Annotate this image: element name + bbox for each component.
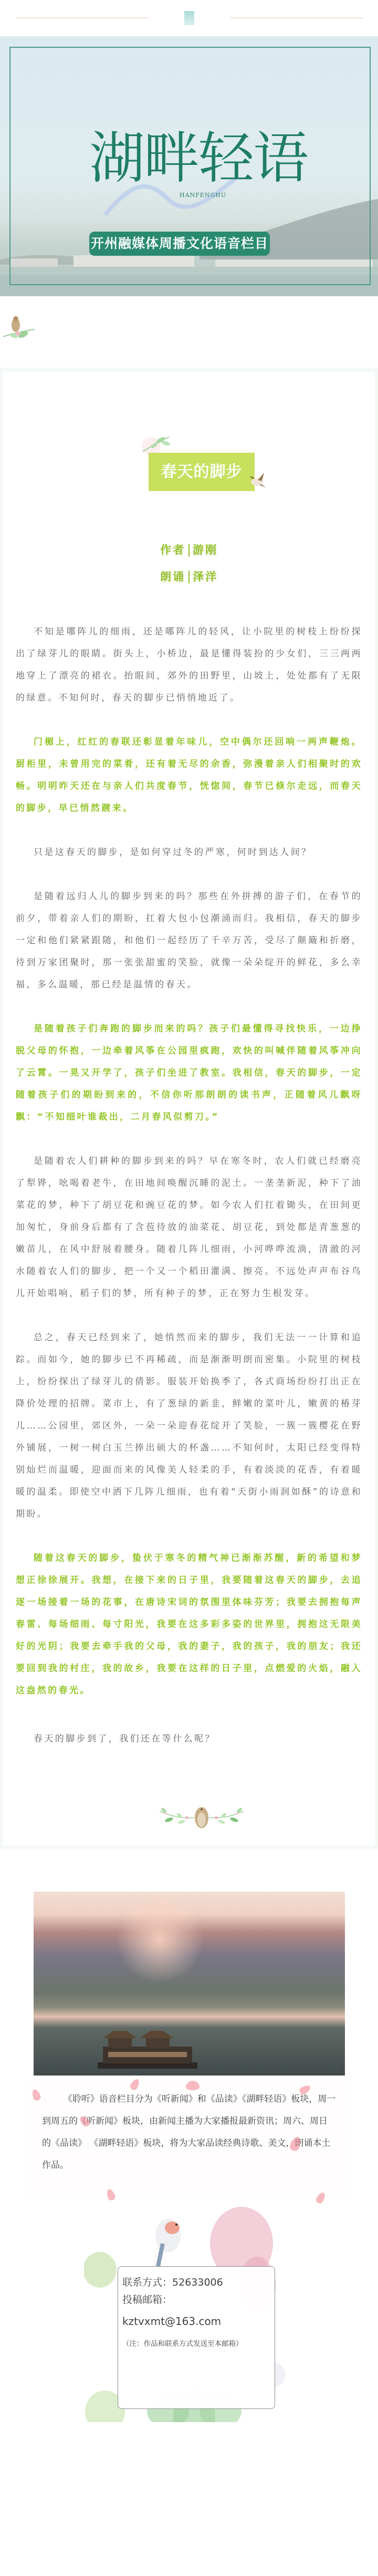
email-value[interactable]: kztvxmt@163.com bbox=[122, 2309, 270, 2334]
article-title-block: 春天的脚步 bbox=[16, 431, 362, 494]
article-title: 春天的脚步 bbox=[149, 453, 255, 491]
paragraph-5: 是随着孩子们奔跑的脚步而来的吗？孩子们最懂得寻找快乐，一边挣脱父母的怀抱，一边牵… bbox=[16, 1018, 362, 1128]
paragraph-7: 总之，春天已经到来了，她悄然而来的脚步，我们无法一一计算和追踪。而如今，她的脚步… bbox=[16, 1327, 362, 1525]
paragraph-1: 不知是哪阵儿的细雨，还是哪阵儿的轻风，让小院里的树枝上纷纷探出了绿芽儿的眼睛。街… bbox=[16, 621, 362, 709]
banner-title: 湖畔轻语 bbox=[89, 131, 308, 186]
credit-author-value: 游刚 bbox=[193, 544, 218, 556]
petal-icon bbox=[31, 2088, 42, 2101]
paragraph-8: 随着这春天的脚步，蛰伏于寒冬的精气神已渐渐苏醒，新的希望和梦想正徐徐展开。我想，… bbox=[16, 1547, 362, 1702]
credit-author-label: 作者 bbox=[160, 544, 185, 556]
paragraph-3: 只是这春天的脚步，是如何穿过冬的严寒，何时到达人间？ bbox=[16, 841, 362, 863]
column-intro-text: 《聆听》语音栏目分为《听新闻》和《品读》《湖畔轻语》板块，周一到周五的《听新闻》… bbox=[42, 2088, 336, 2176]
credit-separator bbox=[188, 544, 190, 557]
credit-reader-value: 泽洋 bbox=[193, 570, 218, 583]
paragraph-2: 门楣上，红红的春联还彰显着年味儿，空中偶尔还回响一两声鞭炮。厨柜里，未曾用完的菜… bbox=[16, 731, 362, 819]
petal-icon bbox=[186, 2081, 199, 2090]
credit-reader: 朗诵泽洋 bbox=[16, 564, 362, 590]
bird-on-branch-icon bbox=[2, 312, 36, 342]
credit-author: 作者游刚 bbox=[16, 537, 362, 564]
flying-bird-icon bbox=[248, 472, 267, 489]
page-bottom-spacer bbox=[0, 2422, 378, 2501]
article-card: 春天的脚步 作者游刚 朗诵泽洋 不知是哪阵儿的细雨，还是哪阵儿的轻风，让小院里的… bbox=[0, 368, 378, 1849]
contact-card: 联系方式：52633006 投稿邮箱： kztvxmt@163.com （注：作… bbox=[84, 2207, 294, 2422]
contact-phone-label: 联系方式： bbox=[122, 2277, 172, 2288]
banner-latin-subtitle: HANFENGHU bbox=[180, 192, 226, 199]
bird-branch-ornament-icon bbox=[156, 1805, 247, 1831]
divider-line-left bbox=[16, 17, 148, 18]
email-label: 投稿邮箱： bbox=[122, 2291, 270, 2309]
contact-phone-value[interactable]: 52633006 bbox=[172, 2277, 223, 2288]
paragraph-4: 是随着远归人儿的脚步到来的吗？那些在外拼搏的游子们，在春节的前夕，带着亲人们的期… bbox=[16, 885, 362, 996]
column-intro: 《聆听》语音栏目分为《听新闻》和《品读》《湖畔轻语》板块，周一到周五的《听新闻》… bbox=[28, 2079, 350, 2197]
credit-reader-label: 朗诵 bbox=[160, 570, 185, 583]
petal-icon bbox=[314, 2191, 327, 2205]
paragraph-6: 是随着农人们耕种的脚步到来的吗？早在寒冬时，农人们就已经磨亮了犁铧，吆喝着老牛，… bbox=[16, 1150, 362, 1305]
credit-separator bbox=[188, 571, 190, 583]
pavilion-boat-icon bbox=[98, 2031, 203, 2070]
petal-icon bbox=[106, 2188, 117, 2201]
contact-board: 联系方式：52633006 投稿邮箱： kztvxmt@163.com （注：作… bbox=[118, 2266, 275, 2409]
divider-line-right bbox=[230, 17, 363, 18]
contact-phone: 联系方式：52633006 bbox=[122, 2274, 270, 2291]
bottom-ornament bbox=[16, 1760, 362, 1844]
divider-tab-icon bbox=[184, 11, 194, 25]
banner-subtitle-pill: 开州融媒体周播文化语音栏目 bbox=[89, 232, 270, 256]
sunburst-glow bbox=[112, 1897, 207, 1981]
header-banner: 湖畔轻语 HANFENGHU 开州融媒体周播文化语音栏目 bbox=[0, 36, 378, 296]
lake-pavilion-photo bbox=[34, 1892, 345, 2076]
top-divider bbox=[0, 0, 378, 36]
paragraph-9: 春天的脚步到了，我们还在等什么呢？ bbox=[16, 1728, 362, 1750]
submission-note: （注：作品和联系方式发送至本邮箱） bbox=[122, 2336, 270, 2352]
article-credits: 作者游刚 朗诵泽洋 bbox=[16, 537, 362, 590]
